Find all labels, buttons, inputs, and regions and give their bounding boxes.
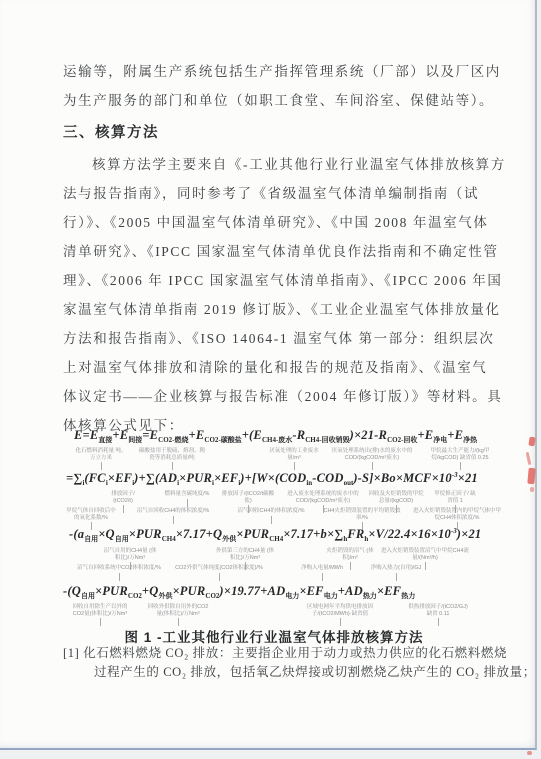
annotation-label: 供热排放因子/(tCO2/GJ) 缺省 0.11 [405,604,471,626]
formula-segment: =∑i [66,471,84,485]
formula-methane-recovery: -(a自用×Q自用×PURCH4×7.17+Q外供×PURCH4×7.17+b×… [69,527,481,544]
formula-segment: PURCO2 [102,584,142,598]
text-line: 清单研究》、《IPCC 国家温室气体清单优良作法指南和不确定性管 [63,237,506,266]
annotation-row-4: 沼气自用的CH4量 (体积比)/万Nm³ 外供第三方的CH4量 (体积比)/万N… [63,548,523,563]
formula-segment: )-S]×Bo×MCF×10-3 [353,471,457,485]
text-line: 上对温室气体排放和清除的量化和报告的规范及指南》、《温室气 [63,353,506,382]
formula-segment: + [112,428,119,442]
formula-segment: PURi [186,471,214,485]
formula-segment: E净热 [455,428,478,442]
text-line: 核算方法学主要来自《-工业其他行业行业温室气体排放核算方 [63,150,506,179]
formula-segment: EF电力 [307,584,338,598]
formula-segment: EF热力 [384,584,415,598]
formula-segment: + [189,428,196,442]
formula-segment: ×V/22.4×16×10-3 [368,527,457,541]
formula-direct-emissions: =∑i(FCi×EFi)+∑(ADi×PURi×EFi)+[W×(CODin-C… [66,471,478,487]
formula-segment: E= [74,428,90,442]
formula-segment: ×21 [458,471,478,485]
formula-segment: +( [242,428,254,442]
formula-segment: PURCO2 [180,584,220,598]
annotation-row-6: 回收自用除生产以外的CO2量(体积比)/万Nm³ 回收外供除自用外的CO2量(体… [63,604,523,622]
formula-segment: RCO2-回收 [379,428,418,442]
formula-segment: CODout [317,471,354,485]
formula-segment: E净电 [425,428,448,442]
text-line: 运输等，附属生产系统包括生产指挥管理系统（厂部）以及厂区内 [63,57,501,86]
section-heading: 三、核算方法 [63,121,159,142]
formula-segment: - [312,471,316,485]
text-line: 家温室气体清单指南 2019 修订版》、《工业企业温室气体排放量化 [63,295,506,324]
formula-segment: ADi [159,471,179,485]
formula-segment: = [142,428,149,442]
formula-segment: -( [63,584,72,598]
annotation-label: 净购入热力(自用)/GJ [363,565,429,581]
formula-segment: EFi [221,471,240,485]
paragraph-methodology: 核算方法学主要来自《-工业其他行业行业温室气体排放核算方法与报告指南》，同时参考… [63,150,506,440]
stamp-stroke [527,751,532,755]
footnote-fossil-fuel: [1] 化石燃料燃烧 CO₂ 排放：主要指企业用于动力或热力供应的化石燃料燃烧过… [63,644,503,682]
formula-segment: )+[W×( [240,471,279,485]
annotation-label: CO2外供气体纯度(CO2体积浓度)/% [175,565,263,581]
text-line: 体议定书——企业核算与报告标准（2004 年修订版）》等材料。具 [63,382,506,411]
formula-segment: × [172,584,179,598]
figure-caption: 图 1 -工业其他行业行业温室气体排放核算方法 [63,626,485,646]
formula-segment: CODin [279,471,312,485]
formula-segment: )×21- [350,428,379,442]
formula-segment: Q自用 [106,527,129,541]
annotation-label: 厌氧处理的工业废水量/m³ [263,448,325,470]
formula-segment: ×7.17+ [176,527,213,541]
formula-segment: × [236,527,243,541]
annotation-label: 化石燃料消耗量 吨、万立方米 [75,448,127,470]
annotation-row-5: 沼气自回收系统中CO2体积浓度/% CO2外供气体纯度(CO2体积浓度)/% 净… [63,565,523,580]
formula-segment: RCH4-回收销毁 [297,428,350,442]
formula-co2-recovery-indirect: -(Q自用×PURCO2+Q外供×PURCO2)×19.77+AD电力×EF电力… [63,584,415,601]
formula-segment: E间接 [120,428,143,442]
formula-segment: Q自用 [72,584,95,598]
annotation-label: 回收自用除生产以外的CO2量(体积比)/万Nm³ [67,604,133,626]
scanned-page-container: 运输等，附属生产系统包括生产指挥管理系统（厂部）以及厂区内为生产服务的部门和单位… [0,0,541,759]
document-page: 运输等，附属生产系统包括生产指挥管理系统（厂部）以及厂区内为生产服务的部门和单位… [0,0,537,750]
formula-segment: PURCH4 [136,527,176,541]
annotation-label: 甲烷最大生产能力/(kg甲烷/kgCOD) 缺省值 0.25 [419,448,501,470]
formula-segment: PURCH4 [244,527,284,541]
formula-segment: Q外供 [213,527,236,541]
text-line: 过程产生的 CO₂ 排放，包括氧乙炔焊接或切割燃烧乙炔产生的 CO₂ 排放量； [63,663,503,682]
text-line: 法与报告指南》，同时参考了《省级温室气体清单编制指南（试 [63,179,506,208]
formula-segment: × [299,584,306,598]
annotation-label: 厌氧处理系统出(排)水的废水中的COD/(kgCOD/m³废水) [331,448,413,470]
formula-segment: FRh [347,527,368,541]
annotation-row-1: 化石燃料消耗量 吨、万立方米 碳酸盐用于脱硫、熔剂、陶瓷等消耗总质量/吨 厌氧处… [63,448,523,470]
formula-segment: + [338,584,345,598]
formula-segment: AD电力 [268,584,300,598]
annotation-label: 回收外供除自用外的CO2量(体积比)/万Nm³ [145,604,211,626]
formula-segment: AD热力 [345,584,377,598]
formula-segment: ECO2-燃烧 [150,428,189,442]
text-line: 方法和报告指南》、《ISO 14064-1 温室气体 第一部分：组织层次 [63,324,506,353]
annotation-label: 净购入电量/MWh [289,565,355,581]
paragraph-previous-continuation: 运输等，附属生产系统包括生产指挥管理系统（厂部）以及厂区内为生产服务的部门和单位… [63,57,501,115]
annotation-label: 沼气回收CH4的体积浓度/% [231,508,311,524]
text-line: 行）》、《2005 中国温室气体清单研究》、《中国 2008 年温室气体 [63,208,506,237]
formula-segment: -( [69,527,78,541]
formula-segment: )+∑( [134,471,159,485]
annotation-row-3: 甲烷气体自回收后中的氧化系数/% 沼气自回收CH4的体积浓度/% 沼气回收CH4… [63,508,523,523]
annotation-label: 燃料量含碳纯度/% [159,491,215,507]
annotation-label: 区域电网年平均供电排放因子/(tCO2/MWh)·缺省值 [301,604,379,626]
formula-segment: Q外供 [149,584,172,598]
formula-segment: )×19.77+ [219,584,267,598]
formula-segment: + [417,428,424,442]
annotation-label: 沼气自回收CH4的体积浓度/% [133,508,213,524]
formula-segment: FCi [89,471,108,485]
formula-segment: ×7.17+b×∑h [283,527,347,541]
text-line: 理》、《2006 年 IPCC 国家温室气体清单指南》、《IPCC 2006 年… [63,266,506,295]
text-line: 为生产服务的部门和单位（如职工食堂、车间浴室、保健站等）。 [63,86,501,115]
formula-segment: EFi [115,471,134,485]
annotation-row-2: 排放因子/ (tCO2/t) 燃料量含碳纯度/% 排放因子/(tCO2/t碳酸盐… [63,491,523,506]
formula-segment: ECO2-碳酸盐 [196,428,242,442]
text-line: [1] 化石燃料燃烧 CO₂ 排放：主要指企业用于动力或热力供应的化石燃料燃烧 [63,644,503,663]
annotation-label: 沼气自回收系统中CO2体积浓度/% [77,565,161,581]
formula-total-emissions: E=E直接+E间接=ECO2-燃烧+ECO2-碳酸盐+(ECH4-废水-RCH4… [74,428,477,445]
formula-segment: ECH4-废水 [253,428,292,442]
formula-segment: + [447,428,454,442]
formula-segment: × [98,527,105,541]
annotation-label: 碳酸盐用于脱硫、熔剂、陶瓷等消耗总质量/吨 [137,448,207,470]
formula-segment: a自用 [78,527,98,541]
formula-segment: E直接 [90,428,113,442]
formula-segment: )×21 [457,527,482,541]
formula-segment: × [129,527,136,541]
